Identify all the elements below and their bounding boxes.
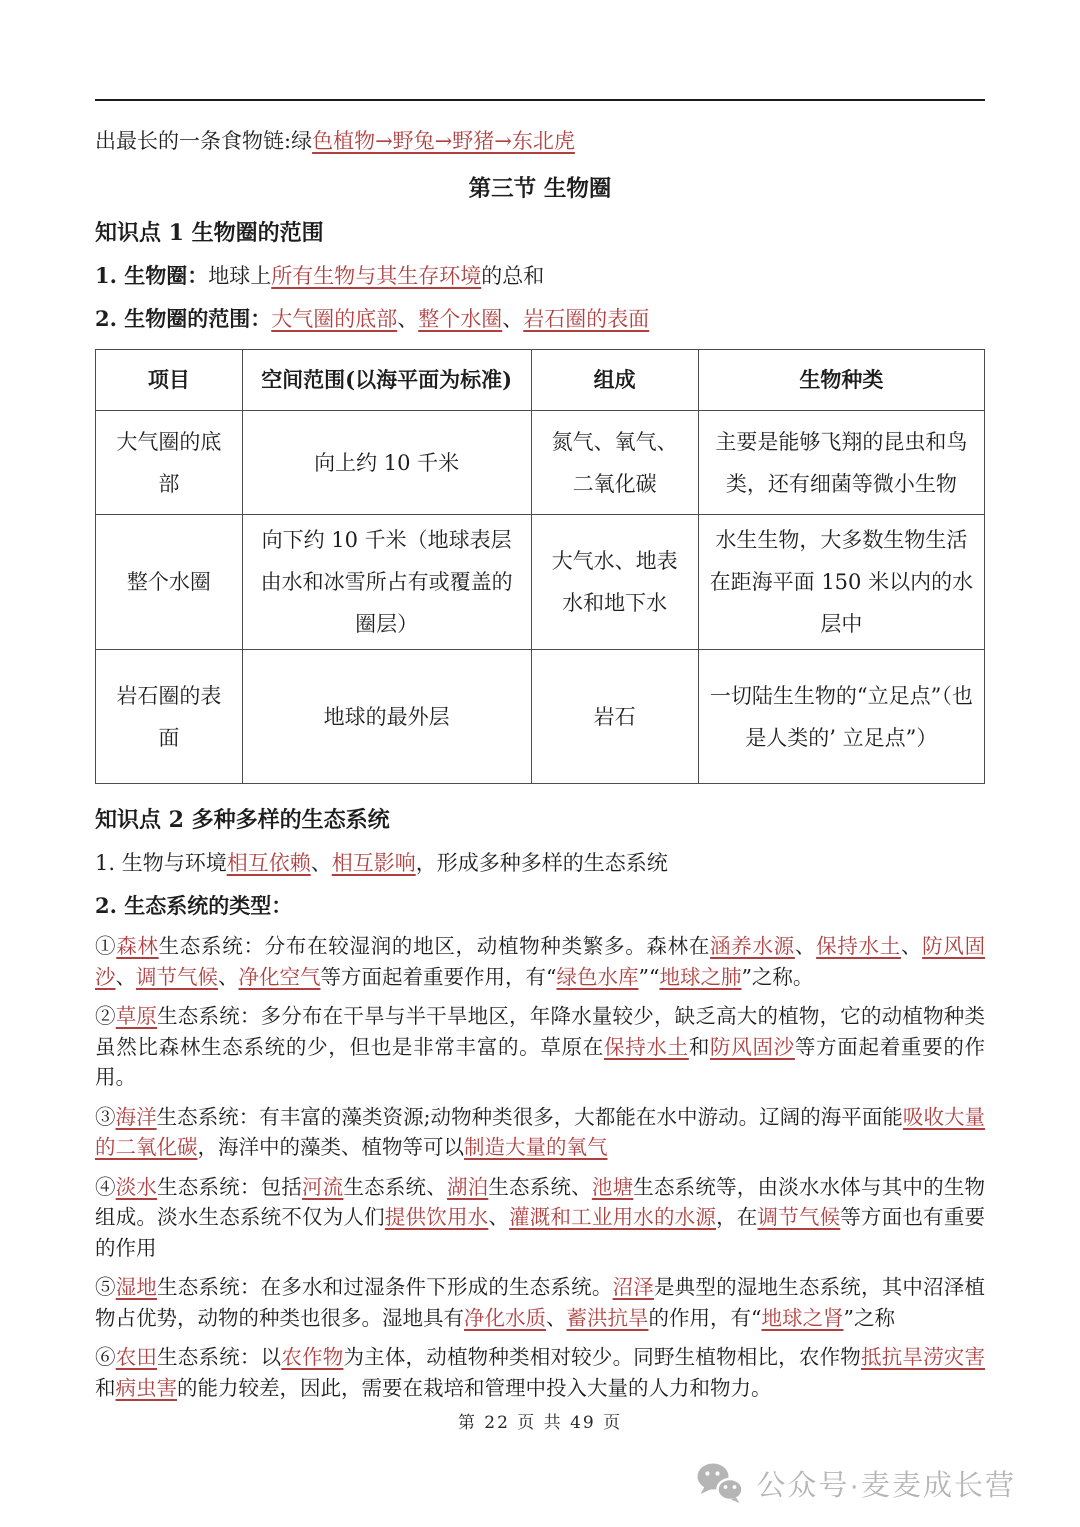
table-cell: 向上约 10 千米 xyxy=(242,411,531,515)
text-segment: 保持水土 xyxy=(604,1035,689,1059)
text-segment: 海洋 xyxy=(116,1105,157,1129)
text-segment: 等方面起着重要作用，有“ xyxy=(321,965,557,989)
table-cell: 地球的最外层 xyxy=(242,650,531,784)
text-segment: 调节气候 xyxy=(758,1205,841,1229)
top-rule xyxy=(95,99,985,101)
eco-paragraph-forest: ①森林生态系统：分布在较湿润的地区，动植物种类繁多。森林在涵养水源、保持水土、防… xyxy=(95,931,985,992)
food-chain-line: 出最长的一条食物链:绿色植物→野兔→野猪→东北虎 xyxy=(95,125,985,157)
table-row: 整个水圈向下约 10 千米（地球表层由水和冰雪所占有或覆盖的圈层）大气水、地表水… xyxy=(96,515,985,650)
text-segment: 相互依赖 xyxy=(227,851,311,875)
text-segment: 出最长的一条食物链:绿 xyxy=(95,129,312,153)
kp1-point-1: 1. 生物圈：地球上所有生物与其生存环境的总和 xyxy=(95,260,985,292)
text-segment: 抵抗旱涝灾害 xyxy=(861,1345,985,1369)
text-segment: ② xyxy=(95,1004,116,1028)
eco-paragraph-wetland: ⑤湿地生态系统：在多水和过湿条件下形成的生态系统。沼泽是典型的湿地生态系统，其中… xyxy=(95,1272,985,1333)
eco-paragraph-grassland: ②草原生态系统：多分布在干旱与半干旱地区，年降水量较少，缺乏高大的植物，它的动植… xyxy=(95,1001,985,1093)
table-header-cell: 组成 xyxy=(531,350,698,411)
text-segment: 、 xyxy=(116,965,137,989)
text-segment: 1. 生物与环境 xyxy=(95,851,227,875)
kp1-heading: 知识点 1 生物圈的范围 xyxy=(95,217,985,249)
text-segment: 地球上 xyxy=(208,264,271,288)
text-segment: 2. 生物圈的范围： xyxy=(95,306,271,331)
text-segment: 生态系统：有丰富的藻类资源;动物种类很多，大都能在水中游动。辽阔的海平面能 xyxy=(157,1105,903,1129)
table-row: 岩石圈的表面地球的最外层岩石一切陆生生物的“立足点”（也是人类的’ 立足点”） xyxy=(96,650,985,784)
text-segment: 淡水 xyxy=(116,1175,157,1199)
text-segment: 、 xyxy=(546,1306,567,1330)
text-segment: 池塘 xyxy=(592,1175,633,1199)
text-segment: 蓄洪抗旱 xyxy=(567,1306,649,1330)
text-segment: 草原 xyxy=(116,1004,157,1028)
text-segment: 防风固沙 xyxy=(710,1035,795,1059)
text-segment: 、 xyxy=(311,851,332,875)
ecosystem-list: ①森林生态系统：分布在较湿润的地区，动植物种类繁多。森林在涵养水源、保持水土、防… xyxy=(95,931,985,1403)
text-segment: 生态系统：以 xyxy=(157,1345,281,1369)
text-segment: 的总和 xyxy=(481,264,544,288)
text-segment: ，形成多种多样的生态系统 xyxy=(416,851,668,875)
text-segment: 生态系统：分布在较湿润的地区，动植物种类繁多。森林在 xyxy=(159,934,710,958)
text-segment: ③ xyxy=(95,1105,116,1129)
text-segment: 的作用，有“ xyxy=(649,1306,762,1330)
table-cell: 向下约 10 千米（地球表层由水和冰雪所占有或覆盖的圈层） xyxy=(242,515,531,650)
text-segment: 净化空气 xyxy=(239,965,321,989)
wechat-icon xyxy=(696,1462,744,1504)
table-header-cell: 空间范围(以海平面为标准) xyxy=(242,350,531,411)
text-segment: 相互影响 xyxy=(332,851,416,875)
watermark: 公众号·麦麦成长营 xyxy=(696,1462,1016,1504)
text-segment: 生态系统：包括 xyxy=(157,1175,302,1199)
text-segment: 生态系统、 xyxy=(488,1175,592,1199)
page-footer: 第 22 页 共 49 页 xyxy=(0,1408,1080,1433)
text-segment: ，海洋中的藻类、植物等可以 xyxy=(198,1135,465,1159)
text-segment: 色植物→野兔→野猪→东北虎 xyxy=(312,129,575,153)
text-segment: 、 xyxy=(901,934,922,958)
text-segment: 生态系统、 xyxy=(343,1175,447,1199)
text-segment: 、 xyxy=(502,307,523,331)
text-segment: 1. 生物圈： xyxy=(95,263,208,288)
table-row: 大气圈的底部向上约 10 千米氮气、氧气、二氧化碳主要是能够飞翔的昆虫和鸟类，还… xyxy=(96,411,985,515)
text-segment: 制造大量的氧气 xyxy=(464,1135,608,1159)
text-segment: 农作物 xyxy=(281,1345,343,1369)
text-segment: 、 xyxy=(397,307,418,331)
text-segment: 湿地 xyxy=(116,1275,157,1299)
text-segment: 地球之肾 xyxy=(761,1306,843,1330)
text-segment: 、 xyxy=(218,965,239,989)
text-segment: 的能力较差，因此，需要在栽培和管理中投入大量的人力和物力。 xyxy=(177,1376,772,1400)
kp2-point-1: 1. 生物与环境相互依赖、相互影响，形成多种多样的生态系统 xyxy=(95,847,985,879)
table-cell: 一切陆生生物的“立足点”（也是人类的’ 立足点”） xyxy=(698,650,984,784)
text-segment: 净化水质 xyxy=(464,1306,546,1330)
table-body: 大气圈的底部向上约 10 千米氮气、氧气、二氧化碳主要是能够飞翔的昆虫和鸟类，还… xyxy=(96,411,985,784)
kp2-heading: 知识点 2 多种多样的生态系统 xyxy=(95,804,985,836)
table-header-row: 项目空间范围(以海平面为标准)组成生物种类 xyxy=(96,350,985,411)
watermark-text: 公众号·麦麦成长营 xyxy=(756,1463,1016,1504)
section-title: 第三节 生物圈 xyxy=(95,173,985,205)
biosphere-range-table: 项目空间范围(以海平面为标准)组成生物种类 大气圈的底部向上约 10 千米氮气、… xyxy=(95,349,985,784)
text-segment: ”“ xyxy=(638,965,659,989)
text-segment: 岩石圈的表面 xyxy=(523,307,649,331)
text-segment: ”之称 xyxy=(843,1306,894,1330)
text-segment: 生态系统：在多水和过湿条件下形成的生态系统。 xyxy=(157,1275,612,1299)
table-cell: 岩石 xyxy=(531,650,698,784)
text-segment: 、 xyxy=(795,934,816,958)
kp1-point-2: 2. 生物圈的范围：大气圈的底部、整个水圈、岩石圈的表面 xyxy=(95,303,985,335)
text-segment: 和 xyxy=(689,1035,710,1059)
table-header-cell: 生物种类 xyxy=(698,350,984,411)
text-segment: 保持水土 xyxy=(816,934,901,958)
table-cell: 大气水、地表水和地下水 xyxy=(531,515,698,650)
table-cell: 主要是能够飞翔的昆虫和鸟类，还有细菌等微小生物 xyxy=(698,411,984,515)
text-segment: 灌溉和工业用水的水源 xyxy=(509,1205,716,1229)
text-segment: 所有生物与其生存环境 xyxy=(271,264,481,288)
table-cell: 大气圈的底部 xyxy=(96,411,243,515)
text-segment: 病虫害 xyxy=(116,1376,178,1400)
text-segment: ，在 xyxy=(716,1205,757,1229)
kp2-point-2-heading: 2. 生态系统的类型： xyxy=(95,890,985,922)
table-header-cell: 项目 xyxy=(96,350,243,411)
text-segment: ⑤ xyxy=(95,1275,116,1299)
text-segment: 湖泊 xyxy=(447,1175,488,1199)
eco-paragraph-marine: ③海洋生态系统：有丰富的藻类资源;动物种类很多，大都能在水中游动。辽阔的海平面能… xyxy=(95,1102,985,1163)
text-segment: 提供饮用水 xyxy=(385,1205,489,1229)
text-segment: ④ xyxy=(95,1175,116,1199)
text-segment: ① xyxy=(95,934,116,958)
text-segment: 沼泽 xyxy=(613,1275,654,1299)
table-cell: 岩石圈的表面 xyxy=(96,650,243,784)
text-segment: 和 xyxy=(95,1376,116,1400)
text-segment: 森林 xyxy=(116,934,158,958)
text-segment: 为主体，动植物种类相对较少。同野生植物相比，农作物 xyxy=(343,1345,861,1369)
text-segment: ⑥ xyxy=(95,1345,116,1369)
text-segment: 、 xyxy=(488,1205,509,1229)
eco-paragraph-freshwater: ④淡水生态系统：包括河流生态系统、湖泊生态系统、池塘生态系统等，由淡水水体与其中… xyxy=(95,1172,985,1264)
table-cell: 整个水圈 xyxy=(96,515,243,650)
table-cell: 氮气、氧气、二氧化碳 xyxy=(531,411,698,515)
text-segment: 调节气候 xyxy=(136,965,218,989)
text-segment: 绿色水库 xyxy=(556,965,638,989)
text-segment: 河流 xyxy=(302,1175,343,1199)
eco-paragraph-farmland: ⑥农田生态系统：以农作物为主体，动植物种类相对较少。同野生植物相比，农作物抵抗旱… xyxy=(95,1342,985,1403)
text-segment: 农田 xyxy=(116,1345,157,1369)
text-segment: 大气圈的底部 xyxy=(271,307,397,331)
table-cell: 水生生物，大多数生物生活在距海平面 150 米以内的水层中 xyxy=(698,515,984,650)
text-segment: 地球之肺 xyxy=(659,965,741,989)
document-page: 出最长的一条食物链:绿色植物→野兔→野猪→东北虎 第三节 生物圈 知识点 1 生… xyxy=(0,99,1080,1403)
text-segment: ”之称。 xyxy=(741,965,813,989)
text-segment: 涵养水源 xyxy=(710,934,795,958)
text-segment: 整个水圈 xyxy=(418,307,502,331)
